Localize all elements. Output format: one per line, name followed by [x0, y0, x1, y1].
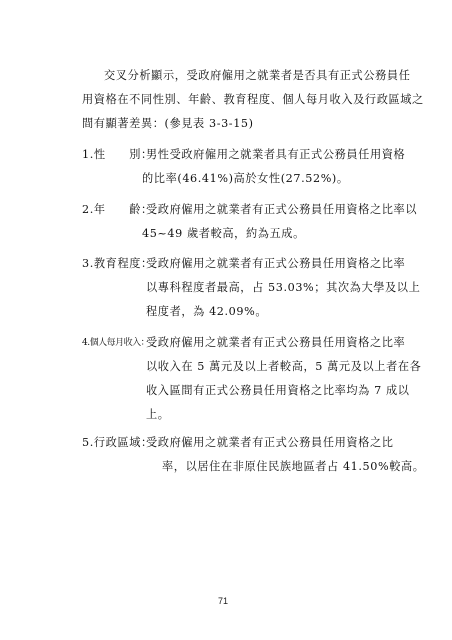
- item-5-line-2: 率，以居住在非原住民族地區者占 41.50%較高。: [162, 460, 425, 474]
- item-4-line-3: 收入區間有正式公務員任用資格之比率均為 7 成以: [146, 384, 410, 398]
- intro-line-1: 交叉分析顯示，受政府僱用之就業者是否具有正式公務員任: [104, 69, 410, 83]
- item-1-line-2: 的比率(46.41%)高於女性(27.52%)。: [142, 172, 349, 186]
- item-2-line-2: 45~49 歲者較高，約為五成。: [142, 227, 305, 241]
- item-5-label: 5.行政區域：: [82, 436, 153, 450]
- item-4-line-1: 受政府僱用之就業者有正式公務員任用資格之比率: [146, 336, 405, 350]
- item-5-line-1: 受政府僱用之就業者有正式公務員任用資格之比: [146, 436, 394, 450]
- item-3-label: 3.教育程度：: [82, 257, 153, 271]
- item-4-line-4: 上。: [146, 408, 170, 422]
- document-page: 交叉分析顯示，受政府僱用之就業者是否具有正式公務員任 用資格在不同性別、年齡、教…: [0, 0, 452, 640]
- item-1-line-1: 男性受政府僱用之就業者具有正式公務員任用資格: [146, 148, 405, 162]
- item-2-line-1: 受政府僱用之就業者有正式公務員任用資格之比率以: [146, 203, 417, 217]
- intro-line-2: 用資格在不同性別、年齡、教育程度、個人每月收入及行政區域之: [82, 93, 424, 107]
- page-number: 71: [218, 596, 228, 606]
- intro-line-3: 間有顯著差異：(參見表 3-3-15): [82, 117, 254, 131]
- item-1-label: 1.性 別：: [82, 148, 153, 162]
- item-3-line-2: 以專科程度者最高，占 53.03%；其次為大學及以上: [146, 281, 420, 295]
- item-4-label: 4.個人每月收入：: [82, 336, 149, 350]
- item-4-line-2: 以收入在 5 萬元及以上者較高，5 萬元及以上者在各: [146, 360, 421, 374]
- item-3-line-3: 程度者，為 42.09%。: [146, 305, 267, 319]
- item-3-line-1: 受政府僱用之就業者有正式公務員任用資格之比率: [146, 257, 405, 271]
- item-2-label: 2.年 齡：: [82, 203, 153, 217]
